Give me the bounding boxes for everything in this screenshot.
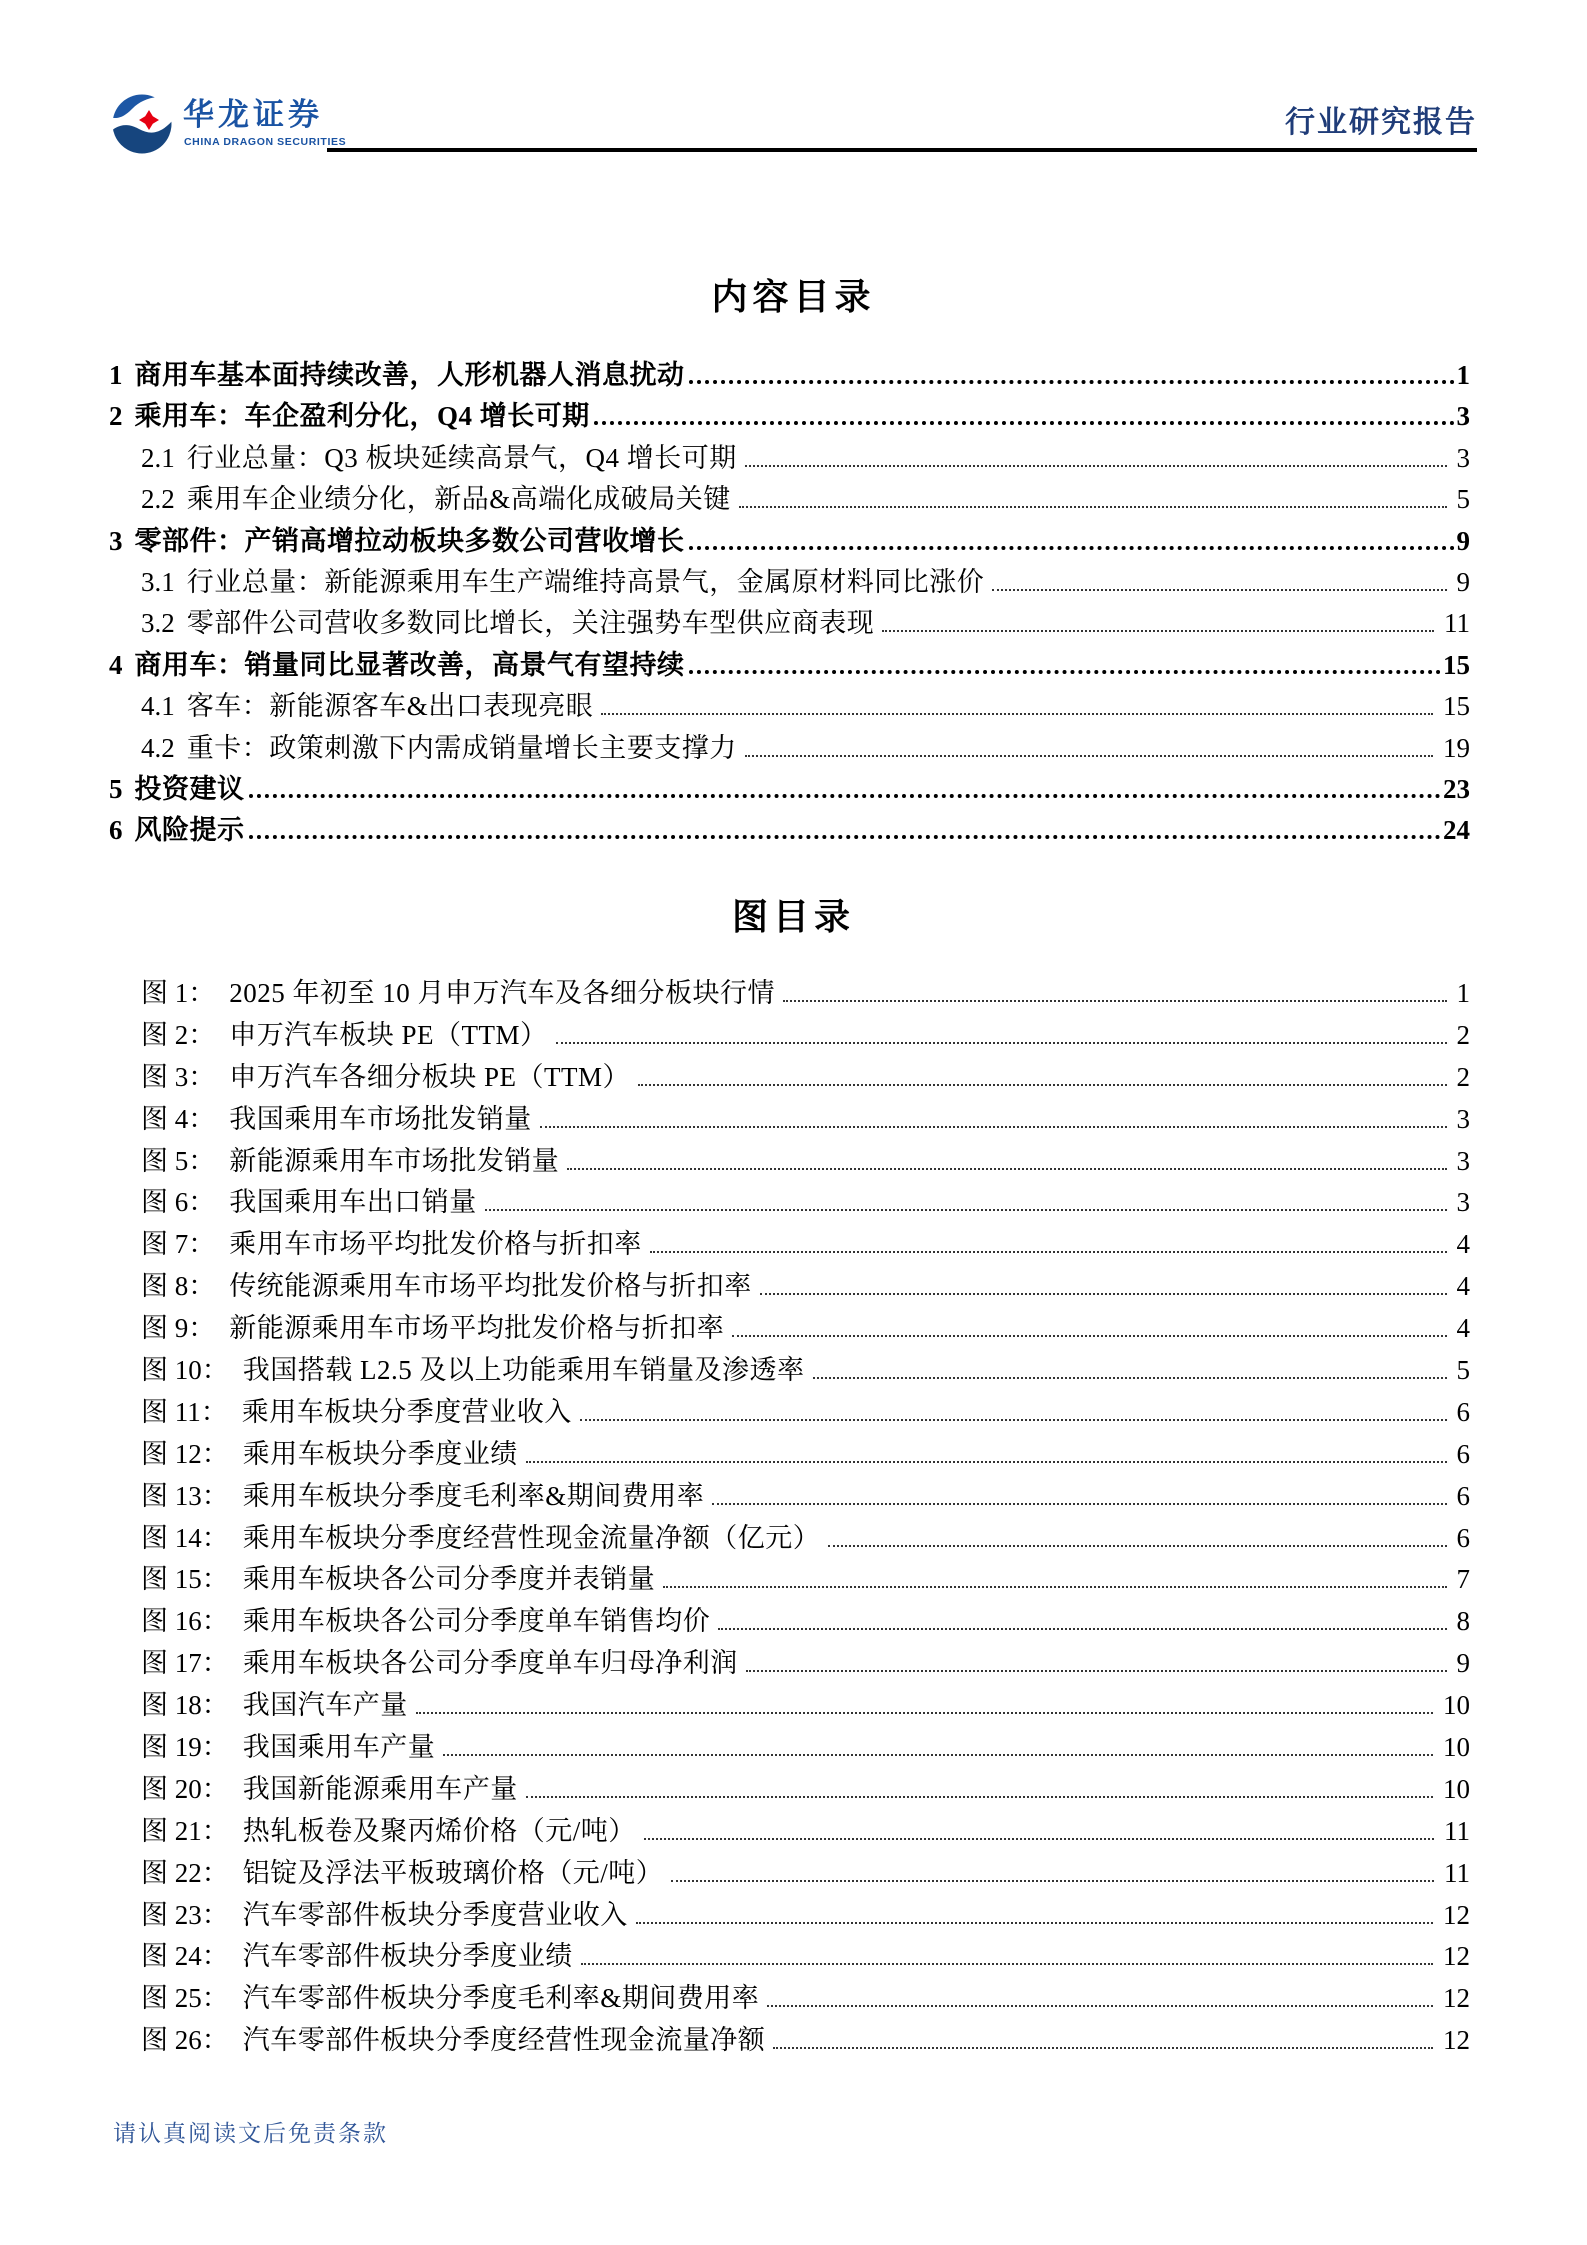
dot-leader xyxy=(663,1586,1446,1588)
dot-leader xyxy=(745,755,1433,757)
figure-entry-title: 热轧板卷及聚丙烯价格（元/吨） xyxy=(243,1809,636,1848)
figure-entry[interactable]: 图 13： 乘用车板块分季度毛利率&期间费用率 6 xyxy=(109,1474,1470,1516)
dot-leader xyxy=(638,1084,1446,1086)
figure-entry-title: 乘用车板块各公司分季度单车销售均价 xyxy=(243,1599,711,1638)
dot-leader xyxy=(767,2005,1433,2007)
toc-entry-number: 1 xyxy=(109,360,123,391)
figure-entry-number: 图 17： xyxy=(141,1641,229,1680)
figure-entry-page: 10 xyxy=(1443,1690,1470,1721)
dot-leader xyxy=(581,1963,1433,1965)
toc-entry[interactable]: 3 零部件：产销高增拉动板块多数公司营收增长 9 xyxy=(109,519,1470,560)
toc-entry-page: 9 xyxy=(1457,567,1471,598)
figure-entry-page: 8 xyxy=(1457,1606,1471,1637)
figure-entry-number: 图 26： xyxy=(141,2018,229,2057)
report-type-label: 行业研究报告 xyxy=(1285,108,1477,138)
toc-entry-number: 3.1 xyxy=(141,567,175,598)
dot-leader xyxy=(783,1000,1447,1002)
dot-leader xyxy=(718,1628,1446,1630)
figure-entry[interactable]: 图 21： 热轧板卷及聚丙烯价格（元/吨） 11 xyxy=(109,1809,1470,1851)
toc-entry-page: 3 xyxy=(1457,401,1471,432)
dot-leader xyxy=(580,1419,1447,1421)
figure-entry-page: 12 xyxy=(1443,1983,1470,2014)
figure-entry-title: 乘用车板块分季度业绩 xyxy=(243,1432,518,1471)
figure-entry-title: 汽车零部件板块分季度毛利率&期间费用率 xyxy=(243,1976,760,2015)
figure-entry-number: 图 8： xyxy=(141,1264,215,1303)
toc-entry[interactable]: 1 商用车基本面持续改善，人形机器人消息扰动 1 xyxy=(109,353,1470,394)
figure-entry-number: 图 22： xyxy=(141,1851,229,1890)
dot-leader xyxy=(732,1335,1446,1337)
dot-leader xyxy=(650,1251,1447,1253)
figure-entry-title: 我国新能源乘用车产量 xyxy=(243,1767,518,1806)
figure-entry[interactable]: 图 26： 汽车零部件板块分季度经营性现金流量净额 12 xyxy=(109,2018,1470,2060)
toc-entry-number: 3.2 xyxy=(141,608,175,639)
figure-entry-title: 我国乘用车产量 xyxy=(243,1725,436,1764)
dot-leader xyxy=(644,1838,1434,1840)
figure-entry-number: 图 2： xyxy=(141,1013,215,1052)
toc-entry-page: 15 xyxy=(1443,650,1470,681)
figure-entry-number: 图 12： xyxy=(141,1432,229,1471)
figure-entry[interactable]: 图 12： 乘用车板块分季度业绩 6 xyxy=(109,1432,1470,1474)
figure-entry-number: 图 6： xyxy=(141,1180,215,1219)
toc-entry-title: 客车：新能源客车&出口表现亮眼 xyxy=(187,684,594,723)
toc-entry-number: 2.2 xyxy=(141,484,175,515)
toc-entry-number: 4.2 xyxy=(141,733,175,764)
figure-entry[interactable]: 图 14： 乘用车板块分季度经营性现金流量净额（亿元） 6 xyxy=(109,1516,1470,1558)
toc-entry[interactable]: 6 风险提示 24 xyxy=(109,808,1470,849)
figure-entry-number: 图 5： xyxy=(141,1139,215,1178)
figure-entry-page: 11 xyxy=(1444,1858,1470,1889)
dot-leader xyxy=(689,670,1442,674)
figure-entry-page: 4 xyxy=(1457,1313,1471,1344)
dot-leader xyxy=(828,1545,1446,1547)
disclaimer-note: 请认真阅读文后免责条款 xyxy=(113,2120,388,2148)
toc-entry-page: 11 xyxy=(1444,608,1470,639)
figure-entry[interactable]: 图 15： 乘用车板块各公司分季度并表销量 7 xyxy=(109,1557,1470,1599)
figure-entry-page: 1 xyxy=(1457,978,1471,1009)
figure-entry-title: 汽车零部件板块分季度经营性现金流量净额 xyxy=(243,2018,766,2057)
toc-entry-title: 零部件：产销高增拉动板块多数公司营收增长 xyxy=(135,519,685,558)
dot-leader xyxy=(882,630,1434,632)
figure-entry[interactable]: 图 24： 汽车零部件板块分季度业绩 12 xyxy=(109,1934,1470,1976)
toc-entry-page: 9 xyxy=(1457,526,1471,557)
dot-leader xyxy=(526,1796,1433,1798)
dot-leader xyxy=(485,1209,1447,1211)
figure-entry-page: 7 xyxy=(1457,1564,1471,1595)
figure-entry-number: 图 25： xyxy=(141,1976,229,2015)
figure-entry-page: 6 xyxy=(1457,1523,1471,1554)
toc-entry-title: 风险提示 xyxy=(135,808,245,847)
figure-entry-page: 2 xyxy=(1457,1062,1471,1093)
toc-entry-title: 重卡：政策刺激下内需成销量增长主要支撑力 xyxy=(187,726,737,765)
toc-entry[interactable]: 4 商用车：销量同比显著改善，高景气有望持续 15 xyxy=(109,643,1470,684)
dot-leader xyxy=(689,380,1455,384)
figure-entry[interactable]: 图 5： 新能源乘用车市场批发销量 3 xyxy=(109,1139,1470,1181)
toc-entry[interactable]: 2 乘用车：车企盈利分化，Q4 增长可期 3 xyxy=(109,394,1470,435)
figure-entry-number: 图 9： xyxy=(141,1306,215,1345)
figure-entry[interactable]: 图 1： 2025 年初至 10 月申万汽车及各细分板块行情 1 xyxy=(109,971,1470,1013)
figure-entry-number: 图 24： xyxy=(141,1934,229,1973)
toc-entry-page: 1 xyxy=(1457,360,1471,391)
figure-entry[interactable]: 图 18： 我国汽车产量 10 xyxy=(109,1683,1470,1725)
company-name-cn: 华龙证券 xyxy=(183,99,323,130)
figure-list: 图 1： 2025 年初至 10 月申万汽车及各细分板块行情 1 图 2： 申万… xyxy=(109,971,1470,2060)
figure-entry[interactable]: 图 2： 申万汽车板块 PE（TTM） 2 xyxy=(109,1013,1470,1055)
figure-entry[interactable]: 图 22： 铝锭及浮法平板玻璃价格（元/吨） 11 xyxy=(109,1851,1470,1893)
figure-entry[interactable]: 图 10： 我国搭载 L2.5 及以上功能乘用车销量及渗透率 5 xyxy=(109,1348,1470,1390)
toc-entry[interactable]: 2.2 乘用车企业绩分化，新品&高端化成破局关键 5 xyxy=(109,477,1470,518)
figure-entry-page: 12 xyxy=(1443,1941,1470,1972)
figure-entry-page: 10 xyxy=(1443,1732,1470,1763)
dot-leader xyxy=(813,1377,1447,1379)
dot-leader xyxy=(773,2047,1433,2049)
toc-entry-title: 零部件公司营收多数同比增长，关注强势车型供应商表现 xyxy=(187,601,875,640)
dot-leader xyxy=(992,589,1446,591)
report-page: 华龙证券 CHINA DRAGON SECURITIES 行业研究报告 内容目录… xyxy=(0,0,1587,2245)
figure-entry[interactable]: 图 17： 乘用车板块各公司分季度单车归母净利润 9 xyxy=(109,1641,1470,1683)
toc-list: 1 商用车基本面持续改善，人形机器人消息扰动 1 2 乘用车：车企盈利分化，Q4… xyxy=(109,353,1470,850)
figure-entry-page: 4 xyxy=(1457,1229,1471,1260)
company-logo-icon xyxy=(112,94,172,154)
figure-entry-number: 图 11： xyxy=(141,1390,228,1429)
toc-entry-title: 投资建议 xyxy=(135,767,245,806)
toc-entry[interactable]: 4.2 重卡：政策刺激下内需成销量增长主要支撑力 19 xyxy=(109,726,1470,767)
figure-entry[interactable]: 图 20： 我国新能源乘用车产量 10 xyxy=(109,1767,1470,1809)
toc-entry-number: 3 xyxy=(109,526,123,557)
dot-leader xyxy=(712,1503,1446,1505)
toc-entry[interactable]: 2.1 行业总量：Q3 板块延续高景气，Q4 增长可期 3 xyxy=(109,436,1470,477)
figure-entry-number: 图 3： xyxy=(141,1055,215,1094)
figure-entry-page: 3 xyxy=(1457,1104,1471,1135)
figure-entry[interactable]: 图 25： 汽车零部件板块分季度毛利率&期间费用率 12 xyxy=(109,1976,1470,2018)
figure-entry-page: 3 xyxy=(1457,1187,1471,1218)
dot-leader xyxy=(249,835,1442,839)
dot-leader xyxy=(601,713,1433,715)
figure-entry-title: 我国汽车产量 xyxy=(243,1683,408,1722)
figure-entry[interactable]: 图 6： 我国乘用车出口销量 3 xyxy=(109,1180,1470,1222)
figure-entry-title: 乘用车板块分季度毛利率&期间费用率 xyxy=(243,1474,705,1513)
figure-entry-title: 铝锭及浮法平板玻璃价格（元/吨） xyxy=(243,1851,664,1890)
figure-entry-title: 2025 年初至 10 月申万汽车及各细分板块行情 xyxy=(229,971,775,1010)
figure-entry-title: 乘用车板块分季度营业收入 xyxy=(242,1390,572,1429)
figure-entry-title: 申万汽车板块 PE（TTM） xyxy=(229,1013,547,1052)
figure-entry-number: 图 23： xyxy=(141,1893,229,1932)
figure-entry-page: 4 xyxy=(1457,1271,1471,1302)
figure-entry-page: 3 xyxy=(1457,1146,1471,1177)
figure-entry-number: 图 10： xyxy=(141,1348,229,1387)
figure-entry-title: 申万汽车各细分板块 PE（TTM） xyxy=(229,1055,630,1094)
figure-entry-title: 我国乘用车市场批发销量 xyxy=(229,1097,532,1136)
figure-entry[interactable]: 图 9： 新能源乘用车市场平均批发价格与折扣率 4 xyxy=(109,1306,1470,1348)
figure-entry-title: 我国乘用车出口销量 xyxy=(229,1180,477,1219)
dot-leader xyxy=(760,1293,1447,1295)
figure-entry-page: 6 xyxy=(1457,1439,1471,1470)
figure-entry-page: 6 xyxy=(1457,1481,1471,1512)
dot-leader xyxy=(746,1670,1447,1672)
toc-entry-number: 4 xyxy=(109,650,123,681)
figure-entry-number: 图 4： xyxy=(141,1097,215,1136)
dot-leader xyxy=(689,546,1455,550)
figure-entry-number: 图 7： xyxy=(141,1222,215,1261)
dot-leader xyxy=(739,506,1447,508)
figure-entry-number: 图 1： xyxy=(141,971,215,1010)
company-name-en: CHINA DRAGON SECURITIES xyxy=(184,137,346,148)
toc-entry-page: 23 xyxy=(1443,774,1470,805)
toc-title: 内容目录 xyxy=(0,279,1587,315)
figure-entry[interactable]: 图 3： 申万汽车各细分板块 PE（TTM） 2 xyxy=(109,1055,1470,1097)
figure-entry-page: 10 xyxy=(1443,1774,1470,1805)
figure-entry-title: 传统能源乘用车市场平均批发价格与折扣率 xyxy=(229,1264,752,1303)
figure-entry-number: 图 20： xyxy=(141,1767,229,1806)
dot-leader xyxy=(671,1880,1434,1882)
dot-leader xyxy=(567,1168,1446,1170)
figure-entry[interactable]: 图 7： 乘用车市场平均批发价格与折扣率 4 xyxy=(109,1222,1470,1264)
toc-entry-title: 乘用车：车企盈利分化，Q4 增长可期 xyxy=(135,394,590,433)
figure-entry-page: 11 xyxy=(1444,1816,1470,1847)
toc-entry[interactable]: 3.2 零部件公司营收多数同比增长，关注强势车型供应商表现 11 xyxy=(109,601,1470,642)
header-rule xyxy=(327,148,1477,152)
figure-entry-title: 我国搭载 L2.5 及以上功能乘用车销量及渗透率 xyxy=(243,1348,805,1387)
figure-entry-page: 12 xyxy=(1443,2025,1470,2056)
toc-entry-title: 乘用车企业绩分化，新品&高端化成破局关键 xyxy=(187,477,731,516)
figure-entry-title: 新能源乘用车市场平均批发价格与折扣率 xyxy=(229,1306,724,1345)
dot-leader xyxy=(540,1126,1447,1128)
figure-entry-title: 汽车零部件板块分季度营业收入 xyxy=(243,1893,628,1932)
toc-entry-number: 2 xyxy=(109,401,123,432)
figure-entry-number: 图 18： xyxy=(141,1683,229,1722)
dot-leader xyxy=(556,1042,1447,1044)
dot-leader xyxy=(745,465,1447,467)
toc-entry[interactable]: 4.1 客车：新能源客车&出口表现亮眼 15 xyxy=(109,684,1470,725)
toc-entry-number: 5 xyxy=(109,774,123,805)
figure-entry-title: 乘用车板块各公司分季度并表销量 xyxy=(243,1557,656,1596)
figure-entry[interactable]: 图 19： 我国乘用车产量 10 xyxy=(109,1725,1470,1767)
figure-entry-title: 乘用车板块各公司分季度单车归母净利润 xyxy=(243,1641,738,1680)
dot-leader xyxy=(416,1712,1433,1714)
figure-entry[interactable]: 图 23： 汽车零部件板块分季度营业收入 12 xyxy=(109,1893,1470,1935)
toc-entry-title: 商用车基本面持续改善，人形机器人消息扰动 xyxy=(135,353,685,392)
toc-entry-title: 行业总量：新能源乘用车生产端维持高景气，金属原材料同比涨价 xyxy=(187,560,985,599)
figure-entry-page: 5 xyxy=(1457,1355,1471,1386)
figure-entry-number: 图 14： xyxy=(141,1516,229,1555)
dot-leader xyxy=(443,1754,1433,1756)
figure-entry-page: 2 xyxy=(1457,1020,1471,1051)
toc-entry-number: 6 xyxy=(109,815,123,846)
figure-entry-title: 乘用车市场平均批发价格与折扣率 xyxy=(229,1222,642,1261)
figure-entry-number: 图 21： xyxy=(141,1809,229,1848)
figure-entry-page: 6 xyxy=(1457,1397,1471,1428)
dot-leader xyxy=(636,1922,1433,1924)
dot-leader xyxy=(526,1461,1447,1463)
figure-entry[interactable]: 图 8： 传统能源乘用车市场平均批发价格与折扣率 4 xyxy=(109,1264,1470,1306)
figure-entry[interactable]: 图 4： 我国乘用车市场批发销量 3 xyxy=(109,1097,1470,1139)
toc-entry[interactable]: 3.1 行业总量：新能源乘用车生产端维持高景气，金属原材料同比涨价 9 xyxy=(109,560,1470,601)
figure-list-title: 图目录 xyxy=(0,899,1587,935)
figure-entry-number: 图 19： xyxy=(141,1725,229,1764)
dot-leader xyxy=(594,421,1455,425)
toc-entry-page: 24 xyxy=(1443,815,1470,846)
figure-entry-number: 图 15： xyxy=(141,1557,229,1596)
figure-entry[interactable]: 图 16： 乘用车板块各公司分季度单车销售均价 8 xyxy=(109,1599,1470,1641)
figure-entry-title: 汽车零部件板块分季度业绩 xyxy=(243,1934,573,1973)
figure-entry-number: 图 16： xyxy=(141,1599,229,1638)
dot-leader xyxy=(249,794,1442,798)
figure-entry-title: 乘用车板块分季度经营性现金流量净额（亿元） xyxy=(243,1516,821,1555)
figure-entry-page: 12 xyxy=(1443,1900,1470,1931)
figure-entry-title: 新能源乘用车市场批发销量 xyxy=(229,1139,559,1178)
toc-entry-number: 4.1 xyxy=(141,691,175,722)
toc-entry-page: 15 xyxy=(1443,691,1470,722)
toc-entry[interactable]: 5 投资建议 23 xyxy=(109,767,1470,808)
toc-entry-page: 3 xyxy=(1457,443,1471,474)
toc-entry-page: 19 xyxy=(1443,733,1470,764)
figure-entry-page: 9 xyxy=(1457,1648,1471,1679)
toc-entry-page: 5 xyxy=(1457,484,1471,515)
figure-entry-number: 图 13： xyxy=(141,1474,229,1513)
toc-entry-title: 商用车：销量同比显著改善，高景气有望持续 xyxy=(135,643,685,682)
toc-entry-title: 行业总量：Q3 板块延续高景气，Q4 增长可期 xyxy=(187,436,737,475)
figure-entry[interactable]: 图 11： 乘用车板块分季度营业收入 6 xyxy=(109,1390,1470,1432)
toc-entry-number: 2.1 xyxy=(141,443,175,474)
